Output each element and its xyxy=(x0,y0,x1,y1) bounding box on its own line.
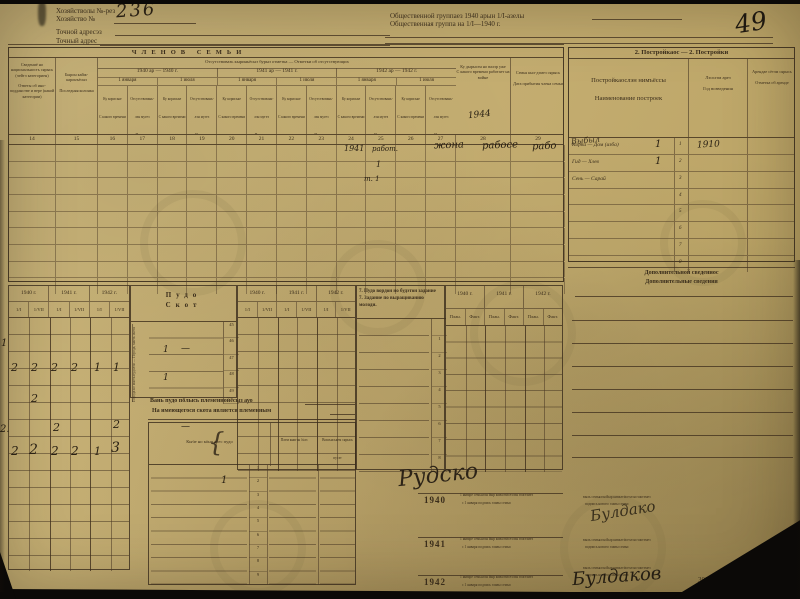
task7-lines xyxy=(359,319,429,472)
subcol-from: Ку кориськеС какого времени xyxy=(277,86,307,134)
building-name-header: Постройкаослэн нимъёссы Наименование пос… xyxy=(569,59,689,137)
half-jan: 1 января xyxy=(337,78,397,85)
year-bot: Год возведения xyxy=(703,86,733,91)
buildings-title: 2. Постройкаос — 2. Постройки xyxy=(569,48,794,59)
from-bot: С какого времени xyxy=(278,115,305,119)
rownum: 7 xyxy=(249,545,267,558)
hw-count: 2 xyxy=(71,444,79,458)
rule xyxy=(575,296,793,297)
building-row: Корка — Дом (изба) Выбыл 1 1 1910 xyxy=(569,138,794,155)
hw-count: 2 xyxy=(71,361,78,374)
half-1I: 1/I xyxy=(277,302,297,317)
note-header: Вошъяськем сярысь пусэт Отметка об измен… xyxy=(318,423,357,466)
building-row: 7 xyxy=(569,239,794,256)
row-number: 1 xyxy=(679,142,682,148)
blank-line xyxy=(572,435,793,436)
reason-top: Отсутствовань-лэн мугез xyxy=(369,97,393,119)
from-top: Ку кориське xyxy=(223,97,241,101)
hw-count: 2 xyxy=(53,421,60,434)
col15-top: Бырон кайж-каронъёсыз xyxy=(65,72,88,82)
hw-count: 3 xyxy=(111,440,120,456)
colnum: 22 xyxy=(277,135,307,144)
address-label-udm: Точной адресэз xyxy=(56,28,102,36)
pf-body xyxy=(446,326,562,472)
extra-info-title-udm: Дополнительной сведениос xyxy=(568,270,795,277)
rownum: 5 xyxy=(249,518,267,531)
colnum: 15 xyxy=(56,135,98,144)
breeding-line-udm: Вань пудо пӧлысь племеннойёсыз ауо xyxy=(150,398,253,405)
rownum: 6 xyxy=(249,532,267,545)
year-1941: 1941 г. xyxy=(277,286,316,301)
hw-count: 2 xyxy=(51,444,59,458)
blank-line xyxy=(572,412,793,413)
task7-title-udm: 7. Пудо вордон но будэтон задание xyxy=(357,286,444,295)
hw-count: 1 xyxy=(94,445,101,458)
hw-year-note: 1941 xyxy=(344,144,364,153)
reason-top: Отсутствовань-лэн мугез xyxy=(190,97,214,119)
year-1942: 1942 г. xyxy=(524,286,562,308)
cattle-block: Пудо Скот Порода но масть пудолэн — Поро… xyxy=(130,285,237,398)
year-1941: 1941 г. xyxy=(485,286,524,308)
absence-header-group: Отсутствовазь кыриньёсыз бурыз отметка —… xyxy=(98,58,456,134)
fill-line xyxy=(592,19,682,20)
subcol-reason: Отсутствовань-лэн мугезПричина отсутстви… xyxy=(426,86,456,134)
half-1VII: 1/VII xyxy=(29,302,49,317)
breeding-header: Кыӵе но кӧня арес пудо Виды и возраст ск… xyxy=(148,422,356,465)
row-number: 8 xyxy=(679,260,682,266)
mid-years-row: 1940 г. 1941 г. 1942 г. xyxy=(238,286,355,302)
reason-bot: Причина отсутствия xyxy=(313,133,330,134)
hw-count: 2 xyxy=(11,361,18,374)
building-note-header: Арендае сётэм сярысь Отметка об аренде xyxy=(748,59,796,137)
subcol-reason: Отсутствовань-лэн мугезПричина отсутстви… xyxy=(307,86,337,134)
reason-bot: Причина отсутствия xyxy=(433,133,450,134)
row-number: 2 xyxy=(679,159,682,165)
note-bot: Отметка об аренде xyxy=(755,80,788,85)
buildings-table: 2. Постройкаос — 2. Постройки Постройкао… xyxy=(568,47,795,262)
reason-bot: Причина отсутствия xyxy=(134,133,151,134)
pf-labels-row: План. Факт. План. Факт. План. Факт. xyxy=(446,309,562,326)
half-jan: 1 января xyxy=(218,78,278,85)
cattle-name-lines xyxy=(149,322,223,404)
family-empty-row xyxy=(9,262,563,279)
cattle-title-udm: Пудо xyxy=(131,291,236,299)
colnum: 23 xyxy=(307,135,337,144)
livestock-counts-table: 1940 г. 1941 г. 1942 г. 1/I 1/VII 1/I 1/… xyxy=(8,285,130,570)
year-1940: 1940 г. xyxy=(238,286,277,301)
building-year-header: Лэсьтэм арез Год возведения xyxy=(689,59,748,137)
building-row: 6 xyxy=(569,222,794,239)
colnum: 16 xyxy=(98,135,128,144)
hw-count: 2 xyxy=(113,418,120,431)
address-line xyxy=(100,45,390,46)
hw-count: 2 xyxy=(51,361,58,374)
breeding-line-rus: На имеющегося скота является племенным xyxy=(152,408,271,415)
family-table-title-row: ЧЛЕНОВ СЕМЬИ xyxy=(9,48,563,58)
subcol-reason: Отсутствовань-лэн мугезПричина отсутстви… xyxy=(366,86,396,134)
from-top: Ку кориське xyxy=(402,97,420,101)
absence-subcolumns: Ку кориськеС какого времени Отсутствован… xyxy=(98,86,456,134)
from-bot: С какого времени xyxy=(218,115,245,119)
farm-number-label-rus: Хозяйство № xyxy=(56,15,95,23)
scanned-household-register-page: Хозяйстволы №-рез Хозяйство № 236 Точной… xyxy=(0,0,800,599)
fact-label: Факт. xyxy=(466,309,486,325)
hw-mark: 1 xyxy=(376,160,381,169)
subcol-reason: Отсутствовань-лэн мугезПричина отсутстви… xyxy=(247,86,277,134)
from-bot: С какого времени xyxy=(159,115,186,119)
reason-top: Отсутствовань-лэн мугез xyxy=(309,97,333,119)
fact-label: Факт. xyxy=(544,309,563,325)
address-line xyxy=(115,35,390,36)
hw-count: 2 xyxy=(31,361,38,374)
family-empty-row xyxy=(9,228,563,245)
buildings-rows: Корка — Дом (изба) Выбыл 1 1 1910 Гид — … xyxy=(569,138,794,272)
kind-top: Кыӵе но кӧня арес пудо xyxy=(186,439,233,444)
subcol-from: Ку кориськеС какого времени xyxy=(337,86,367,134)
col14-top: Сведениё но национальность сярысь (чейтэ… xyxy=(11,62,53,78)
half-jul: 1 июля xyxy=(158,78,218,85)
pf-years-row: 1940 г. 1941 г. 1942 г. xyxy=(446,286,562,309)
rownum: 8 xyxy=(249,558,267,571)
hw-count: 1 xyxy=(113,361,120,374)
signature-caption-rus: с 1 января подпись главы семьи xyxy=(462,583,564,587)
year-1942: 1942 г. xyxy=(317,286,355,301)
colnum: 19 xyxy=(187,135,217,144)
reason-bot: Причина отсутствия xyxy=(372,133,389,134)
col28-header: Ку дырысен но валэр уже С какого времени… xyxy=(456,58,511,134)
subcol-from: Ку кориськеС какого времени xyxy=(158,86,188,134)
plan-label: План. xyxy=(524,309,544,325)
cattle-header: Пудо Скот xyxy=(131,291,236,322)
hw-word: жона xyxy=(434,139,464,151)
family-table-title: ЧЛЕНОВ СЕМЬИ xyxy=(9,49,369,56)
hw-count: 2 xyxy=(31,392,38,405)
hw-word: рабо xyxy=(532,141,557,153)
family-table-header: Сведениё но национальность сярысь (чейтэ… xyxy=(9,58,563,135)
colnum: 17 xyxy=(128,135,158,144)
subcol-from: Ку кориськеС какого времени xyxy=(217,86,247,134)
hw-dash: — xyxy=(181,344,190,354)
plan-label: План. xyxy=(446,309,466,325)
hw-count: 2 xyxy=(29,442,38,458)
reason-top: Отсутствовань-лэн мугез xyxy=(130,97,154,119)
year-1940: 1940 г. xyxy=(446,286,485,308)
name-bot: Наименование построек xyxy=(569,95,688,103)
year-1942: 1942 г. xyxy=(90,286,129,301)
breeding-colA-lines xyxy=(269,465,316,585)
col14-bot: Ответы об ино-подданстве и вере (какой к… xyxy=(10,83,55,99)
mid-half-row: 1/I 1/VII 1/I 1/VII 1/I 1/VII xyxy=(238,302,355,318)
counts-half-row: 1/I 1/VII 1/I 1/VII 1/I 1/VII xyxy=(9,302,129,318)
hw-mark: т. 1 xyxy=(364,175,380,183)
half-jan: 1 января xyxy=(98,78,158,85)
year-1942: 1942 ар — 1942 г. xyxy=(337,68,456,77)
row-number: 5 xyxy=(679,209,682,215)
family-empty-row xyxy=(9,162,563,179)
blank-line xyxy=(572,366,793,367)
colnum: 14 xyxy=(9,135,56,144)
signature-caption-udm: 1 январе семьялэн йыр кивалтӥсезлэн гожт… xyxy=(460,575,562,579)
fact-label: Факт. xyxy=(505,309,525,325)
absence-years-row: 1940 ар — 1940 г. 1941 ар — 1941 г. 1942… xyxy=(98,68,456,77)
reason-top: Отсутствовань-лэн мугез xyxy=(250,97,274,119)
family-empty-row xyxy=(9,212,563,229)
signature-caption-rus: с 1 января подпись главы семьи xyxy=(462,545,564,549)
building-name: Сень — Сарай xyxy=(572,176,606,183)
subcol-from: Ку кориськеС какого времени xyxy=(396,86,426,134)
row-number: 7 xyxy=(679,243,682,249)
from-bot: С какого времени xyxy=(397,115,424,119)
row-number: 4 xyxy=(679,193,682,199)
family-members-table: ЧЛЕНОВ СЕМЬИ Сведениё но национальность … xyxy=(8,47,564,282)
col15-header: Бырон кайж-каронъёсыз Последняя колонка xyxy=(56,58,98,134)
plan-label: План. xyxy=(485,309,505,325)
colnum: 21 xyxy=(247,135,277,144)
year-label-1940: 1940 xyxy=(424,495,446,505)
year-label-1941: 1941 xyxy=(424,539,446,549)
task7-title-rus: 7. Задание по выращиванию молоди. xyxy=(357,295,444,309)
buildings-header: Постройкаослэн нимъёссы Наименование пос… xyxy=(569,59,794,138)
rownum: 2 xyxy=(249,478,267,491)
fill-line xyxy=(305,404,355,405)
hw-word: рабосе xyxy=(482,139,518,151)
half-1VII: 1/VII xyxy=(297,302,317,317)
scan-edge-right xyxy=(793,260,800,599)
family-empty-row xyxy=(9,245,563,262)
scan-edge-top xyxy=(0,0,800,4)
note-top: Вошъяськем сярысь пусэт xyxy=(322,438,353,460)
fill-line xyxy=(385,37,773,38)
subcol-reason: Отсутствовань-лэн мугезПричина отсутстви… xyxy=(128,86,158,134)
blank-line xyxy=(572,343,793,344)
breeding-name-lines xyxy=(151,465,247,585)
col29-bot: Дата прибытия члена семьи xyxy=(513,81,563,86)
half-1I: 1/I xyxy=(49,302,69,317)
colnum: 26 xyxy=(396,135,426,144)
building-name: Гид — Хлев xyxy=(572,159,599,166)
blank-line xyxy=(572,389,793,390)
year-1940: 1940 ар — 1940 г. xyxy=(98,68,218,77)
year-1941: 1941 г. xyxy=(49,286,89,301)
hw-count: 1 xyxy=(655,156,661,167)
breeding-row-numbers: 1 2 3 4 5 6 7 8 9 xyxy=(249,465,267,585)
from-top: Ку кориське xyxy=(103,97,121,101)
half-1VII: 1/VII xyxy=(110,302,129,317)
half-1I: 1/I xyxy=(238,302,258,317)
rule xyxy=(568,267,795,268)
hw-mark: 1 xyxy=(221,475,227,486)
counts-body: 2 2 2 2 1 1 2 2 2 2 2 2 2 1 3 xyxy=(9,318,129,571)
family-empty-row xyxy=(9,178,563,195)
underline xyxy=(114,23,196,24)
half-1VII: 1/VII xyxy=(258,302,278,317)
half-1VII: 1/VII xyxy=(70,302,90,317)
war-since-handwritten: 1944 xyxy=(467,109,491,123)
col29-header: Семья кыл-дэмез сярысь Дата прибытия чле… xyxy=(511,58,565,134)
family-table-body xyxy=(9,145,563,294)
page-number-handwritten: 49 xyxy=(733,6,769,40)
reason-top: Отсутствовань-лэн мугез xyxy=(429,97,453,119)
rownum: 3 xyxy=(249,492,267,505)
hw-note: работ. xyxy=(372,145,398,153)
colnum: 18 xyxy=(158,135,188,144)
year-label-1942: 1942 xyxy=(424,577,446,587)
breeding-colB-lines xyxy=(320,465,355,585)
reason-bot: Причина отсутствия xyxy=(253,133,270,134)
family-empty-row xyxy=(9,195,563,212)
kind-header: Кыӵе но кӧня арес пудо Виды и возраст ск… xyxy=(149,423,271,466)
from-bot: С какого времени xyxy=(338,115,365,119)
half-1I: 1/I xyxy=(90,302,110,317)
col15-bot: Последняя колонка xyxy=(59,88,93,93)
social-group-label-rus: Общественная группа на 1/I—1940 г. xyxy=(390,20,500,28)
hw-mark: 1 xyxy=(163,345,169,355)
rownum: 4 xyxy=(249,505,267,518)
signature-caption2-rus: подпись нового главы семьи xyxy=(585,545,765,549)
col28-top: Ку дырысен но валэр уже xyxy=(460,64,506,69)
hw-count: 1 xyxy=(655,139,661,150)
building-row: 4 xyxy=(569,189,794,206)
half-jul: 1 июля xyxy=(397,78,456,85)
signature-caption-udm: 1 январе семьялэн йыр кивалтӥсезлэн гожт… xyxy=(460,493,562,497)
building-row: Гид — Хлев 1 2 xyxy=(569,155,794,172)
colnum: 20 xyxy=(217,135,247,144)
half-1I: 1/I xyxy=(9,302,29,317)
half-1I: 1/I xyxy=(317,302,337,317)
col14-header: Сведениё но национальность сярысь (чейтэ… xyxy=(9,58,56,134)
note-top: Арендае сётэм сярысь xyxy=(752,69,792,74)
row-number: 3 xyxy=(679,176,682,182)
colnum: 25 xyxy=(366,135,396,144)
cattle-title-rus: Скот xyxy=(131,301,236,309)
from-top: Ку кориське xyxy=(342,97,360,101)
half-1VII: 1/VII xyxy=(336,302,355,317)
half-jul: 1 июля xyxy=(277,78,337,85)
col28-bot: С какого времени работает на войне xyxy=(456,69,509,79)
task7-block: 7. Пудо вордон но будэтон задание 7. Зад… xyxy=(356,285,445,470)
plan-fact-table: 1940 г. 1941 г. 1942 г. План. Факт. План… xyxy=(445,285,563,470)
hw-count: 2 xyxy=(11,444,19,458)
year-1941: 1941 ар — 1941 г. xyxy=(218,68,338,77)
family-empty-row xyxy=(9,145,563,162)
cattle-body: Порода но масть пудолэн — Порода, масть … xyxy=(131,322,236,404)
scan-edge-left xyxy=(0,140,5,592)
signature-caption-udm: 1 январе семьялэн йыр кивалтӥсезлэн гожт… xyxy=(460,537,562,541)
book-top: Плем книгая №эз xyxy=(281,438,308,442)
fill-line xyxy=(330,414,355,415)
col29-top: Семья кыл-дэмез сярысь xyxy=(516,70,560,75)
cattle-vertical-label: Порода но масть пудолэн — Порода, масть … xyxy=(132,324,149,402)
subcol-from: Ку кориськеС какого времени xyxy=(98,86,128,134)
rownum: 9 xyxy=(249,572,267,585)
building-row: Сень — Сарай 3 xyxy=(569,172,794,189)
row-number: 6 xyxy=(679,226,682,232)
signature-caption2-udm: выль семьялэн йыр кивалтӥсезлэн гожтэмез xyxy=(583,538,763,542)
year-1940: 1940 г. xyxy=(9,286,49,301)
hw-year-built: 1910 xyxy=(697,139,720,150)
from-top: Ку кориське xyxy=(163,97,181,101)
task7-body: 1 2 3 4 5 6 7 8 xyxy=(357,318,446,472)
book-header: Плем книгая №эз № по плем. книге xyxy=(271,423,318,466)
name-top: Постройкаослэн нимъёссы xyxy=(569,77,688,85)
signature-caption-rus: с 1 января подпись главы семьи xyxy=(462,501,564,505)
building-row: 5 xyxy=(569,205,794,222)
blank-line xyxy=(572,320,793,321)
rule xyxy=(148,419,356,420)
extra-info-title-rus: Дополнительные сведения xyxy=(568,279,795,286)
subcol-reason: Отсутствовань-лэн мугезПричина отсутстви… xyxy=(187,86,217,134)
breeding-rows: 1 2 3 4 5 6 7 8 9 1 xyxy=(148,465,356,585)
colnum: 24 xyxy=(337,135,367,144)
signature-caption2-udm: выль семьялэн йыр кивалтӥсезлэн гожтэмез xyxy=(583,495,763,499)
from-top: Ку кориське xyxy=(282,97,300,101)
absence-half-row: 1 января 1 июля 1 января 1 июля 1 января… xyxy=(98,77,456,86)
hw-mark: 1 xyxy=(163,373,169,383)
rownum: 1 xyxy=(249,465,267,478)
reason-bot: Причина отсутствия xyxy=(194,133,211,134)
hw-count: 1 xyxy=(94,361,101,374)
double-rule xyxy=(8,44,564,45)
from-bot: С какого времени xyxy=(99,115,126,119)
blank-line xyxy=(572,457,793,458)
family-column-numbers: 14151617181920212223242526272829 xyxy=(9,135,563,145)
counts-years-row: 1940 г. 1941 г. 1942 г. xyxy=(9,286,129,302)
year-top: Лэсьтэм арез xyxy=(705,75,730,80)
